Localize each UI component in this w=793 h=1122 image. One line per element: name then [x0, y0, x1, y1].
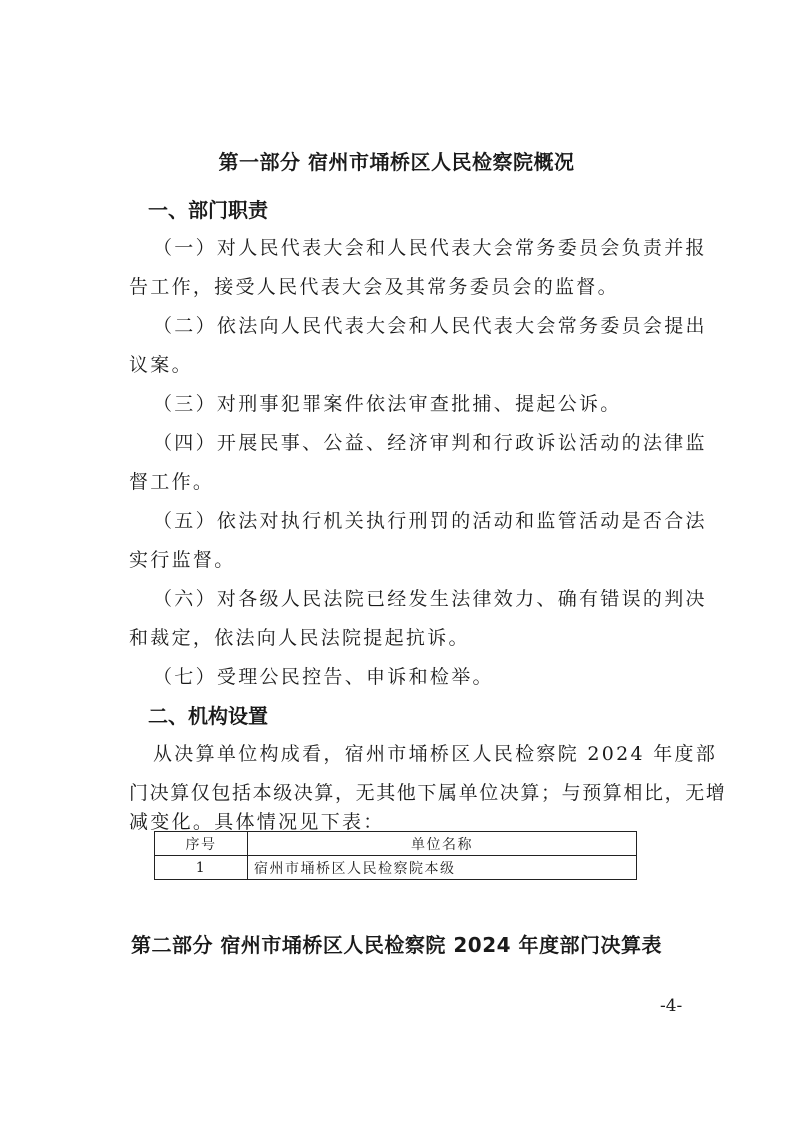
duty-7-line-1: （七）受理公民控告、申诉和检举。: [153, 662, 494, 689]
duty-1-line-2: 告工作，接受人民代表大会及其常务委员会的监督。: [129, 272, 619, 299]
duty-2-line-1: （二）依法向人民代表大会和人民代表大会常务委员会提出: [153, 311, 707, 338]
duty-3-line-1: （三）对刑事犯罪案件依法审查批捕、提起公诉。: [153, 389, 622, 416]
duty-5-line-1: （五）依法对执行机关执行刑罚的活动和监管活动是否合法: [153, 506, 707, 533]
table-header-unit-name: 单位名称: [248, 832, 637, 856]
duty-6-line-2: 和裁定，依法向人民法院提起抗诉。: [129, 623, 470, 650]
table-cell-unit-name: 宿州市埇桥区人民检察院本级: [248, 856, 637, 880]
org-para-line-1: 从决算单位构成看，宿州市埇桥区人民检察院 2024 年度部: [153, 739, 717, 766]
page-number: -4-: [660, 996, 682, 1016]
duty-6-line-1: （六）对各级人民法院已经发生法律效力、确有错误的判决: [153, 584, 707, 611]
duty-5-line-2: 实行监督。: [129, 545, 236, 572]
unit-table: 序号 单位名称 1 宿州市埇桥区人民检察院本级: [154, 831, 637, 880]
duty-4-line-2: 督工作。: [129, 467, 214, 494]
org-para-line-3: 减变化。具体情况见下表：: [129, 807, 385, 834]
duty-2-line-2: 议案。: [129, 350, 193, 377]
part2-title: 第二部分 宿州市埇桥区人民检察院 2024 年度部门决算表: [0, 929, 793, 958]
part1-title: 第一部分 宿州市埇桥区人民检察院概况: [0, 146, 793, 175]
section2-heading: 二、机构设置: [148, 700, 268, 729]
table-cell-index: 1: [155, 856, 248, 880]
table-header-index: 序号: [155, 832, 248, 856]
table-row: 1 宿州市埇桥区人民检察院本级: [155, 856, 637, 880]
org-para-line-2: 门决算仅包括本级决算，无其他下属单位决算；与预算相比，无增: [129, 778, 726, 805]
table-header-row: 序号 单位名称: [155, 832, 637, 856]
duty-1-line-1: （一）对人民代表大会和人民代表大会常务委员会负责并报: [153, 233, 707, 260]
section1-heading: 一、部门职责: [148, 194, 268, 223]
duty-4-line-1: （四）开展民事、公益、经济审判和行政诉讼活动的法律监: [153, 428, 707, 455]
